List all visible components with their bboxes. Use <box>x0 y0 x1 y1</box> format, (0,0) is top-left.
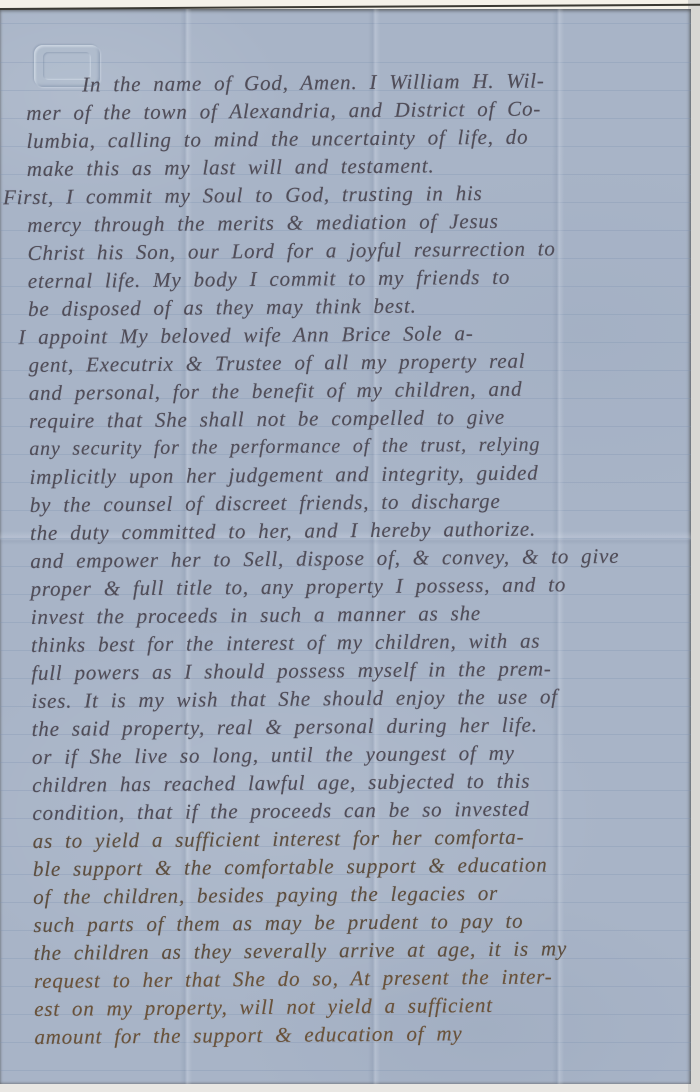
manuscript-text: In the name of God, Amen. I William H. W… <box>26 65 685 1051</box>
manuscript-line: and empower her to Sell, dispose of, & c… <box>30 541 680 575</box>
manuscript-line: amount for the support & education of my <box>34 1017 684 1051</box>
document-scan: In the name of God, Amen. I William H. W… <box>0 0 700 1092</box>
manuscript-page: In the name of God, Amen. I William H. W… <box>0 9 691 1084</box>
